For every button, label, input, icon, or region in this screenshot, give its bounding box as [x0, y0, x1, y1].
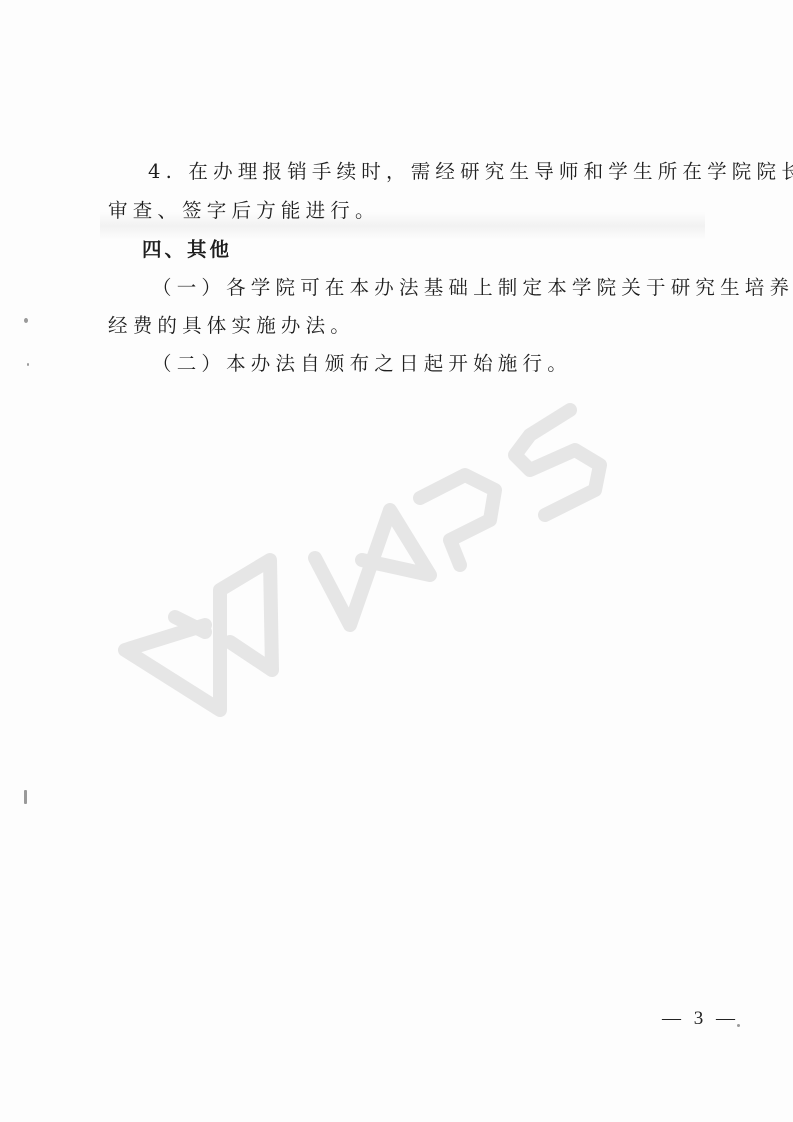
item-4-line-2: 审查、签字后方能进行。: [108, 199, 380, 223]
scan-speck: [24, 318, 28, 323]
clause-1-line-2: 经费的具体实施办法。: [108, 314, 355, 338]
scan-speck: [24, 790, 27, 804]
scan-speck: [27, 363, 29, 366]
document-page: 4. 在办理报销手续时，需经研究生导师和学生所在学院院长 审查、签字后方能进行。…: [0, 0, 793, 1122]
item-4-line-1: 4. 在办理报销手续时，需经研究生导师和学生所在学院院长: [148, 160, 793, 184]
wps-watermark-icon: [100, 380, 620, 720]
section-heading-other: 四、其他: [142, 238, 232, 262]
clause-1-line-1: （一）各学院可在本办法基础上制定本学院关于研究生培养: [152, 276, 793, 300]
page-number: — 3 —: [662, 1008, 739, 1030]
clause-2-line-1: （二）本办法自颁布之日起开始施行。: [152, 352, 572, 376]
